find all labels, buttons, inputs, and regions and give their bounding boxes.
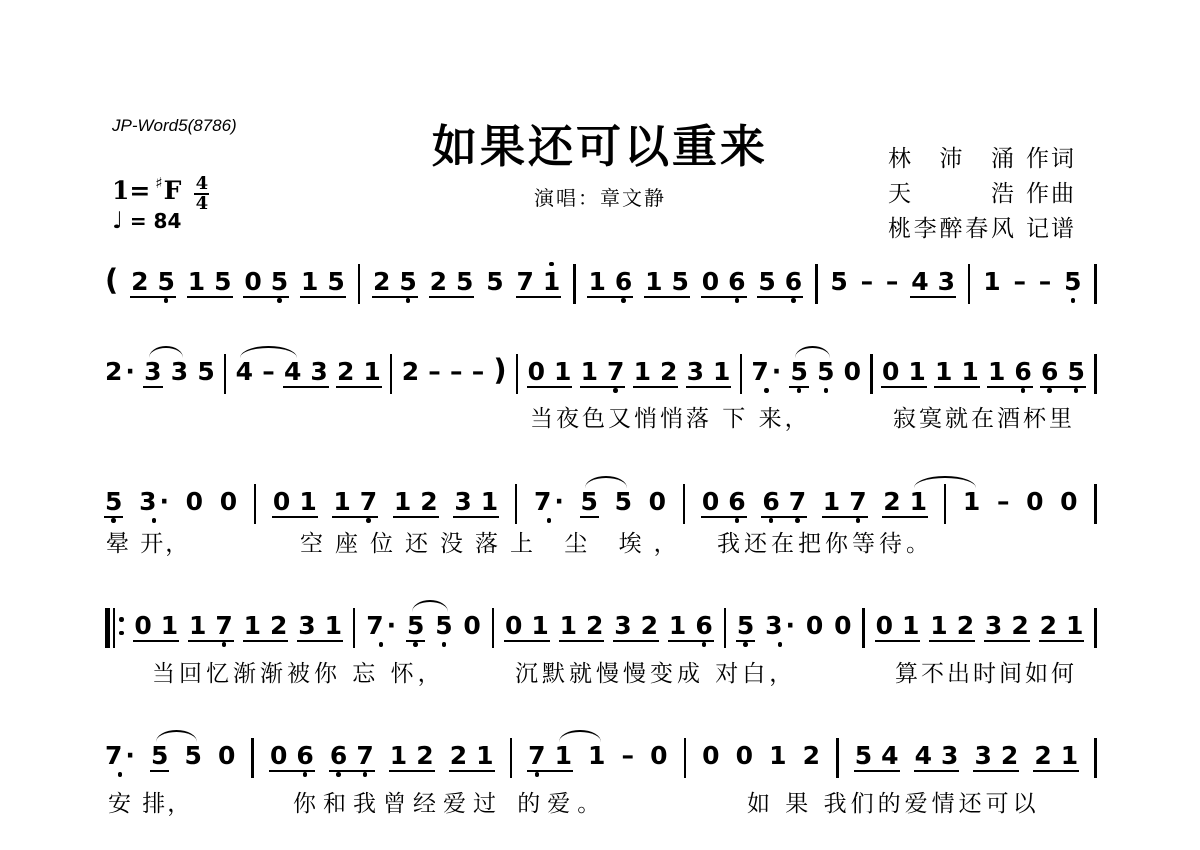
tie-arc bbox=[412, 600, 448, 612]
barline bbox=[684, 738, 687, 778]
duration-dash: – bbox=[622, 734, 635, 780]
note: 7· bbox=[534, 480, 564, 526]
tie-arc bbox=[914, 476, 975, 488]
note: 1 bbox=[1061, 734, 1078, 780]
note: 2 bbox=[883, 480, 900, 526]
note: 4 bbox=[915, 734, 932, 780]
lyric-segment: 当回忆渐渐被你 忘 怀， bbox=[152, 655, 445, 688]
barline bbox=[815, 264, 818, 304]
note: 0 bbox=[134, 604, 151, 650]
note: 2 bbox=[641, 604, 658, 650]
credit-role: 记谱 bbox=[1026, 210, 1076, 243]
barline bbox=[515, 484, 518, 524]
note: 1 bbox=[188, 260, 205, 306]
credit-row: 林沛涌作词 bbox=[888, 140, 1076, 175]
note: 1 bbox=[930, 604, 947, 650]
note: 2 bbox=[957, 604, 974, 650]
note: 0 bbox=[218, 734, 235, 780]
beamed-note-group: 15 bbox=[188, 260, 232, 306]
beamed-note-group: 12 bbox=[634, 350, 678, 396]
beamed-note-group: 32 bbox=[614, 604, 658, 650]
barline bbox=[944, 484, 947, 524]
barline bbox=[870, 354, 873, 394]
note: 5 bbox=[486, 260, 503, 306]
note: 1 bbox=[823, 480, 840, 526]
note: 0 bbox=[505, 604, 522, 650]
note: 0 bbox=[220, 480, 237, 526]
note: 1 bbox=[481, 480, 498, 526]
note: 5 bbox=[855, 734, 872, 780]
sharp-icon: ♯ bbox=[155, 170, 162, 196]
note: 7 bbox=[528, 734, 545, 780]
barline bbox=[224, 354, 227, 394]
barline bbox=[683, 484, 686, 524]
note: 0 bbox=[649, 480, 666, 526]
note: 2 bbox=[402, 350, 419, 396]
note: 1 bbox=[961, 350, 978, 396]
octave-dot-low bbox=[778, 642, 783, 647]
barline bbox=[836, 738, 839, 778]
note: 0 bbox=[244, 260, 261, 306]
beamed-note-group: 11 bbox=[935, 350, 979, 396]
note: 2 bbox=[1011, 604, 1028, 650]
note: 1 bbox=[299, 480, 316, 526]
credits-block: 林沛涌作词天浩作曲桃李醉春风记谱 bbox=[888, 140, 1076, 245]
note: 0 bbox=[273, 480, 290, 526]
note: 1 bbox=[645, 260, 662, 306]
barline bbox=[1094, 608, 1097, 648]
note: 0 bbox=[702, 260, 719, 306]
note: 1 bbox=[581, 350, 598, 396]
beamed-note-group: 12 bbox=[244, 604, 288, 650]
note: 3 bbox=[310, 350, 327, 396]
octave-dot-low bbox=[535, 772, 540, 777]
beamed-note-group: 01 bbox=[876, 604, 920, 650]
beamed-note-group: 17 bbox=[333, 480, 377, 526]
note: 5 bbox=[214, 260, 231, 306]
note: 3 bbox=[614, 604, 631, 650]
octave-dot-low bbox=[702, 642, 707, 647]
octave-dot-low bbox=[152, 518, 157, 523]
note: 1 bbox=[189, 604, 206, 650]
beamed-note-group: 06 bbox=[702, 260, 746, 306]
note: 4 bbox=[881, 734, 898, 780]
note: 1 bbox=[669, 604, 686, 650]
beamed-note-group: 01 bbox=[882, 350, 926, 396]
beamed-note-group: 31 bbox=[298, 604, 342, 650]
note: 6 bbox=[615, 260, 632, 306]
octave-dot-low bbox=[413, 642, 418, 647]
note: 2 bbox=[586, 604, 603, 650]
note: 5 bbox=[1067, 350, 1084, 396]
note: 0 bbox=[528, 350, 545, 396]
lyric-segment: 沉默就慢慢变成 对白， bbox=[515, 655, 796, 688]
lyric-segment: 空座位还没落上 尘 埃， bbox=[300, 525, 689, 558]
augmentation-dot: · bbox=[786, 612, 796, 639]
note: 3 bbox=[941, 734, 958, 780]
note: 6 bbox=[785, 260, 802, 306]
beamed-note-group: 17 bbox=[581, 350, 625, 396]
credit-row: 天浩作曲 bbox=[888, 175, 1076, 210]
note: 3 bbox=[687, 350, 704, 396]
note: 0 bbox=[834, 604, 851, 650]
note: 3 bbox=[974, 734, 991, 780]
octave-dot-low bbox=[613, 388, 618, 393]
note: 6 bbox=[296, 734, 313, 780]
barline bbox=[254, 484, 257, 524]
octave-dot-low bbox=[856, 518, 861, 523]
octave-dot-low bbox=[769, 518, 774, 523]
repeat-start-sign bbox=[105, 608, 124, 648]
octave-dot-low bbox=[118, 772, 123, 777]
note: 1 bbox=[333, 480, 350, 526]
octave-dot-low bbox=[111, 518, 116, 523]
barline bbox=[510, 738, 513, 778]
note: 2 bbox=[373, 260, 390, 306]
note: 2 bbox=[803, 734, 820, 780]
octave-dot-low bbox=[1047, 388, 1052, 393]
beamed-note-group: 15 bbox=[645, 260, 689, 306]
note: 1 bbox=[988, 350, 1005, 396]
beamed-note-group: 54 bbox=[855, 734, 899, 780]
note: 5 bbox=[737, 604, 754, 650]
note: 7 bbox=[849, 480, 866, 526]
beamed-note-group: 15 bbox=[301, 260, 345, 306]
barline bbox=[390, 354, 393, 394]
note: 0 bbox=[702, 480, 719, 526]
octave-dot-low bbox=[164, 298, 169, 303]
note: 6 bbox=[1041, 350, 1058, 396]
note: 2 bbox=[660, 350, 677, 396]
note: 5 bbox=[327, 260, 344, 306]
quarter-note-icon: ♩ bbox=[112, 208, 123, 234]
note: 0 bbox=[882, 350, 899, 396]
note: 5 bbox=[830, 260, 847, 306]
note: 6 bbox=[695, 604, 712, 650]
octave-dot-low bbox=[379, 642, 384, 647]
duration-dash: – bbox=[428, 350, 441, 396]
close-paren: ) bbox=[493, 356, 506, 385]
beamed-note-group: 06 bbox=[702, 480, 746, 526]
octave-dot-low bbox=[764, 388, 769, 393]
note: 5 bbox=[399, 260, 416, 306]
note: 0 bbox=[736, 734, 753, 780]
barline bbox=[492, 608, 495, 648]
note: 2 bbox=[420, 480, 437, 526]
note: 1 bbox=[390, 734, 407, 780]
notation-line: 53·00011712317·550066717211–00 bbox=[105, 480, 1097, 526]
note: 3 bbox=[985, 604, 1002, 650]
beamed-note-group: 17 bbox=[823, 480, 867, 526]
beamed-note-group: 25 bbox=[131, 260, 175, 306]
octave-dot-low bbox=[735, 518, 740, 523]
octave-dot-low bbox=[735, 298, 740, 303]
octave-dot-low bbox=[303, 772, 308, 777]
barline bbox=[1094, 264, 1097, 304]
credit-role: 作曲 bbox=[1026, 175, 1076, 208]
meter-denominator: 4 bbox=[196, 196, 209, 212]
octave-dot-low bbox=[277, 298, 282, 303]
note: 0 bbox=[876, 604, 893, 650]
note: 1 bbox=[161, 604, 178, 650]
duration-dash: – bbox=[886, 260, 899, 306]
note: 1 bbox=[902, 604, 919, 650]
octave-dot-low bbox=[406, 298, 411, 303]
octave-dot-low bbox=[366, 518, 371, 523]
tempo-value: = 84 bbox=[130, 209, 182, 233]
octave-dot-low bbox=[1074, 388, 1079, 393]
beamed-note-group: 01 bbox=[505, 604, 549, 650]
note: 0 bbox=[270, 734, 287, 780]
octave-dot-low bbox=[795, 518, 800, 523]
note: 0 bbox=[463, 604, 480, 650]
beamed-note-group: 06 bbox=[270, 734, 314, 780]
note: 5 bbox=[197, 350, 214, 396]
lyric-segment: 寂寞就在酒杯里 bbox=[893, 400, 1075, 433]
tempo-marking: ♩ = 84 bbox=[112, 208, 181, 234]
octave-dot-low bbox=[1021, 388, 1026, 393]
tie-arc bbox=[240, 346, 296, 358]
beamed-note-group: 21 bbox=[337, 350, 381, 396]
meter-numerator: 4 bbox=[196, 176, 209, 192]
beamed-note-group: 25 bbox=[430, 260, 474, 306]
note: 6 bbox=[1014, 350, 1031, 396]
note: 1 bbox=[560, 604, 577, 650]
note: 7 bbox=[517, 260, 534, 306]
notation-line: (251505152525571161506565––431––5 bbox=[105, 260, 1097, 306]
note: 2 bbox=[337, 350, 354, 396]
credit-row: 桃李醉春风记谱 bbox=[888, 210, 1076, 245]
beamed-note-group: 16 bbox=[588, 260, 632, 306]
note: 1 bbox=[531, 604, 548, 650]
note: 1 bbox=[1066, 604, 1083, 650]
lyric-segment: 我还在把你等待。 bbox=[717, 525, 933, 558]
note: 7 bbox=[215, 604, 232, 650]
beamed-note-group: 32 bbox=[985, 604, 1029, 650]
beamed-note-group: 25 bbox=[373, 260, 417, 306]
duration-dash: – bbox=[1013, 260, 1026, 306]
barline bbox=[740, 354, 743, 394]
octave-dot-low bbox=[336, 772, 341, 777]
note: 5 bbox=[758, 260, 775, 306]
time-signature: 4 4 bbox=[194, 176, 209, 212]
augmentation-dot: · bbox=[125, 742, 135, 769]
note: 0 bbox=[1026, 480, 1043, 526]
note: 1 bbox=[325, 604, 342, 650]
notation-line: 011712317·5500112321653·0001123221 bbox=[105, 604, 1097, 650]
beamed-note-group: 12 bbox=[390, 734, 434, 780]
note: 7· bbox=[366, 604, 396, 650]
barline bbox=[1094, 738, 1097, 778]
note: 0 bbox=[1060, 480, 1077, 526]
augmentation-dot: · bbox=[772, 358, 782, 385]
duration-dash: – bbox=[861, 260, 874, 306]
beamed-note-group: 21 bbox=[1040, 604, 1084, 650]
beamed-note-group: 31 bbox=[687, 350, 731, 396]
note: 2 bbox=[270, 604, 287, 650]
key-prefix: 1= bbox=[112, 178, 150, 204]
key-letter: F bbox=[164, 178, 182, 204]
augmentation-dot: · bbox=[387, 612, 397, 639]
barline bbox=[353, 608, 356, 648]
note: 1 bbox=[476, 734, 493, 780]
key-signature: 1=♯F 4 4 bbox=[112, 178, 209, 212]
note: 2 bbox=[131, 260, 148, 306]
beamed-note-group: 01 bbox=[134, 604, 178, 650]
note: 7· bbox=[751, 350, 781, 396]
note: 1 bbox=[634, 350, 651, 396]
note: 1 bbox=[543, 260, 560, 306]
beamed-note-group: 32 bbox=[974, 734, 1018, 780]
beamed-note-group: 16 bbox=[669, 604, 713, 650]
note: 5 bbox=[271, 260, 288, 306]
note: 2 bbox=[450, 734, 467, 780]
beamed-note-group: 12 bbox=[560, 604, 604, 650]
note: 2 bbox=[1040, 604, 1057, 650]
beamed-note-group: 21 bbox=[1034, 734, 1078, 780]
note: 6 bbox=[728, 480, 745, 526]
note: 4 bbox=[911, 260, 928, 306]
note: 1 bbox=[554, 350, 571, 396]
beamed-note-group: 67 bbox=[762, 480, 806, 526]
barline bbox=[862, 608, 865, 648]
beamed-note-group: 05 bbox=[244, 260, 288, 306]
note: 3· bbox=[765, 604, 795, 650]
octave-dot-low bbox=[363, 772, 368, 777]
octave-dot-high bbox=[549, 262, 554, 267]
open-paren: ( bbox=[105, 266, 118, 295]
note: 0 bbox=[186, 480, 203, 526]
note: 5 bbox=[1064, 260, 1081, 306]
tie-arc bbox=[559, 730, 600, 742]
barline bbox=[251, 738, 254, 778]
note: 1 bbox=[244, 604, 261, 650]
note: 0 bbox=[650, 734, 667, 780]
beamed-note-group: 43 bbox=[911, 260, 955, 306]
duration-dash: – bbox=[997, 480, 1010, 526]
credit-name: 桃李醉春风 bbox=[888, 210, 1014, 243]
notation-line: 2·3354–43212–––)011712317·55001111665 bbox=[105, 350, 1097, 396]
octave-dot-low bbox=[824, 388, 829, 393]
beamed-note-group: 65 bbox=[1041, 350, 1085, 396]
barline bbox=[358, 264, 361, 304]
beamed-note-group: 12 bbox=[930, 604, 974, 650]
augmentation-dot: · bbox=[125, 358, 135, 385]
lyric-segment: 安 排， bbox=[108, 785, 192, 818]
note: 7 bbox=[356, 734, 373, 780]
duration-dash: – bbox=[472, 350, 485, 396]
beamed-note-group: 17 bbox=[189, 604, 233, 650]
tie-arc bbox=[156, 730, 197, 742]
octave-dot-low bbox=[797, 388, 802, 393]
note: 1 bbox=[935, 350, 952, 396]
note: 5 bbox=[456, 260, 473, 306]
augmentation-dot: · bbox=[554, 488, 564, 515]
beamed-note-group: 67 bbox=[330, 734, 374, 780]
duration-dash: – bbox=[450, 350, 463, 396]
lyric-segment: 算不出时间如何 bbox=[895, 655, 1077, 688]
lyric-segment: 晕 开， bbox=[106, 525, 190, 558]
note: 0 bbox=[844, 350, 861, 396]
octave-dot-low bbox=[1071, 298, 1076, 303]
octave-dot-low bbox=[547, 518, 552, 523]
note: 1 bbox=[363, 350, 380, 396]
beamed-note-group: 01 bbox=[273, 480, 317, 526]
note: 1 bbox=[394, 480, 411, 526]
note: 1 bbox=[713, 350, 730, 396]
beamed-note-group: 43 bbox=[915, 734, 959, 780]
barline bbox=[573, 264, 576, 304]
octave-dot-low bbox=[621, 298, 626, 303]
note: 3 bbox=[298, 604, 315, 650]
credit-name: 天浩 bbox=[888, 175, 1014, 208]
octave-dot-low bbox=[222, 642, 227, 647]
credit-role: 作词 bbox=[1026, 140, 1076, 173]
duration-dash: – bbox=[1039, 260, 1052, 306]
note: 3 bbox=[938, 260, 955, 306]
octave-dot-low bbox=[791, 298, 796, 303]
note: 5 bbox=[158, 260, 175, 306]
beamed-note-group: 12 bbox=[394, 480, 438, 526]
note: 5 bbox=[105, 480, 122, 526]
note: 0 bbox=[806, 604, 823, 650]
tie-arc bbox=[585, 476, 627, 488]
note: 2 bbox=[416, 734, 433, 780]
beamed-note-group: 31 bbox=[454, 480, 498, 526]
note: 6 bbox=[728, 260, 745, 306]
note: 7· bbox=[105, 734, 135, 780]
barline bbox=[516, 354, 519, 394]
tie-arc bbox=[795, 346, 830, 358]
note: 2· bbox=[105, 350, 135, 396]
octave-dot-low bbox=[442, 642, 447, 647]
note: 6 bbox=[330, 734, 347, 780]
credit-name: 林沛涌 bbox=[888, 140, 1014, 173]
notation-line: 7·55006671221711–0001254433221 bbox=[105, 734, 1097, 780]
note: 3· bbox=[139, 480, 169, 526]
augmentation-dot: · bbox=[159, 488, 169, 515]
lyric-segment: 当夜色又悄悄落 下 来， bbox=[530, 400, 811, 433]
beamed-note-group: 56 bbox=[758, 260, 802, 306]
octave-dot-low bbox=[743, 642, 748, 647]
beamed-note-group: 01 bbox=[528, 350, 572, 396]
beamed-note-group: 16 bbox=[988, 350, 1032, 396]
note: 7 bbox=[789, 480, 806, 526]
note: 1 bbox=[769, 734, 786, 780]
lyric-segment: 如 果 我们的爱情还可以 bbox=[747, 785, 1040, 818]
note: 3 bbox=[454, 480, 471, 526]
barline bbox=[724, 608, 727, 648]
note: 2 bbox=[1034, 734, 1051, 780]
beamed-note-group: 71 bbox=[517, 260, 561, 306]
barline bbox=[968, 264, 971, 304]
note: 7 bbox=[607, 350, 624, 396]
note: 1 bbox=[908, 350, 925, 396]
note: 1 bbox=[983, 260, 1000, 306]
note: 5 bbox=[672, 260, 689, 306]
barline bbox=[1094, 484, 1097, 524]
barline bbox=[1094, 354, 1097, 394]
note: 1 bbox=[588, 260, 605, 306]
beamed-note-group: 21 bbox=[450, 734, 494, 780]
lyric-segment: 你和我曾经爱过 的爱。 bbox=[293, 785, 607, 818]
tie-arc bbox=[149, 346, 184, 358]
sheet-music-page: { "header": { "watermark": "JP-Word5(878… bbox=[0, 0, 1200, 850]
note: 1 bbox=[301, 260, 318, 306]
note: 7 bbox=[360, 480, 377, 526]
note: 6 bbox=[762, 480, 779, 526]
note: 2 bbox=[430, 260, 447, 306]
